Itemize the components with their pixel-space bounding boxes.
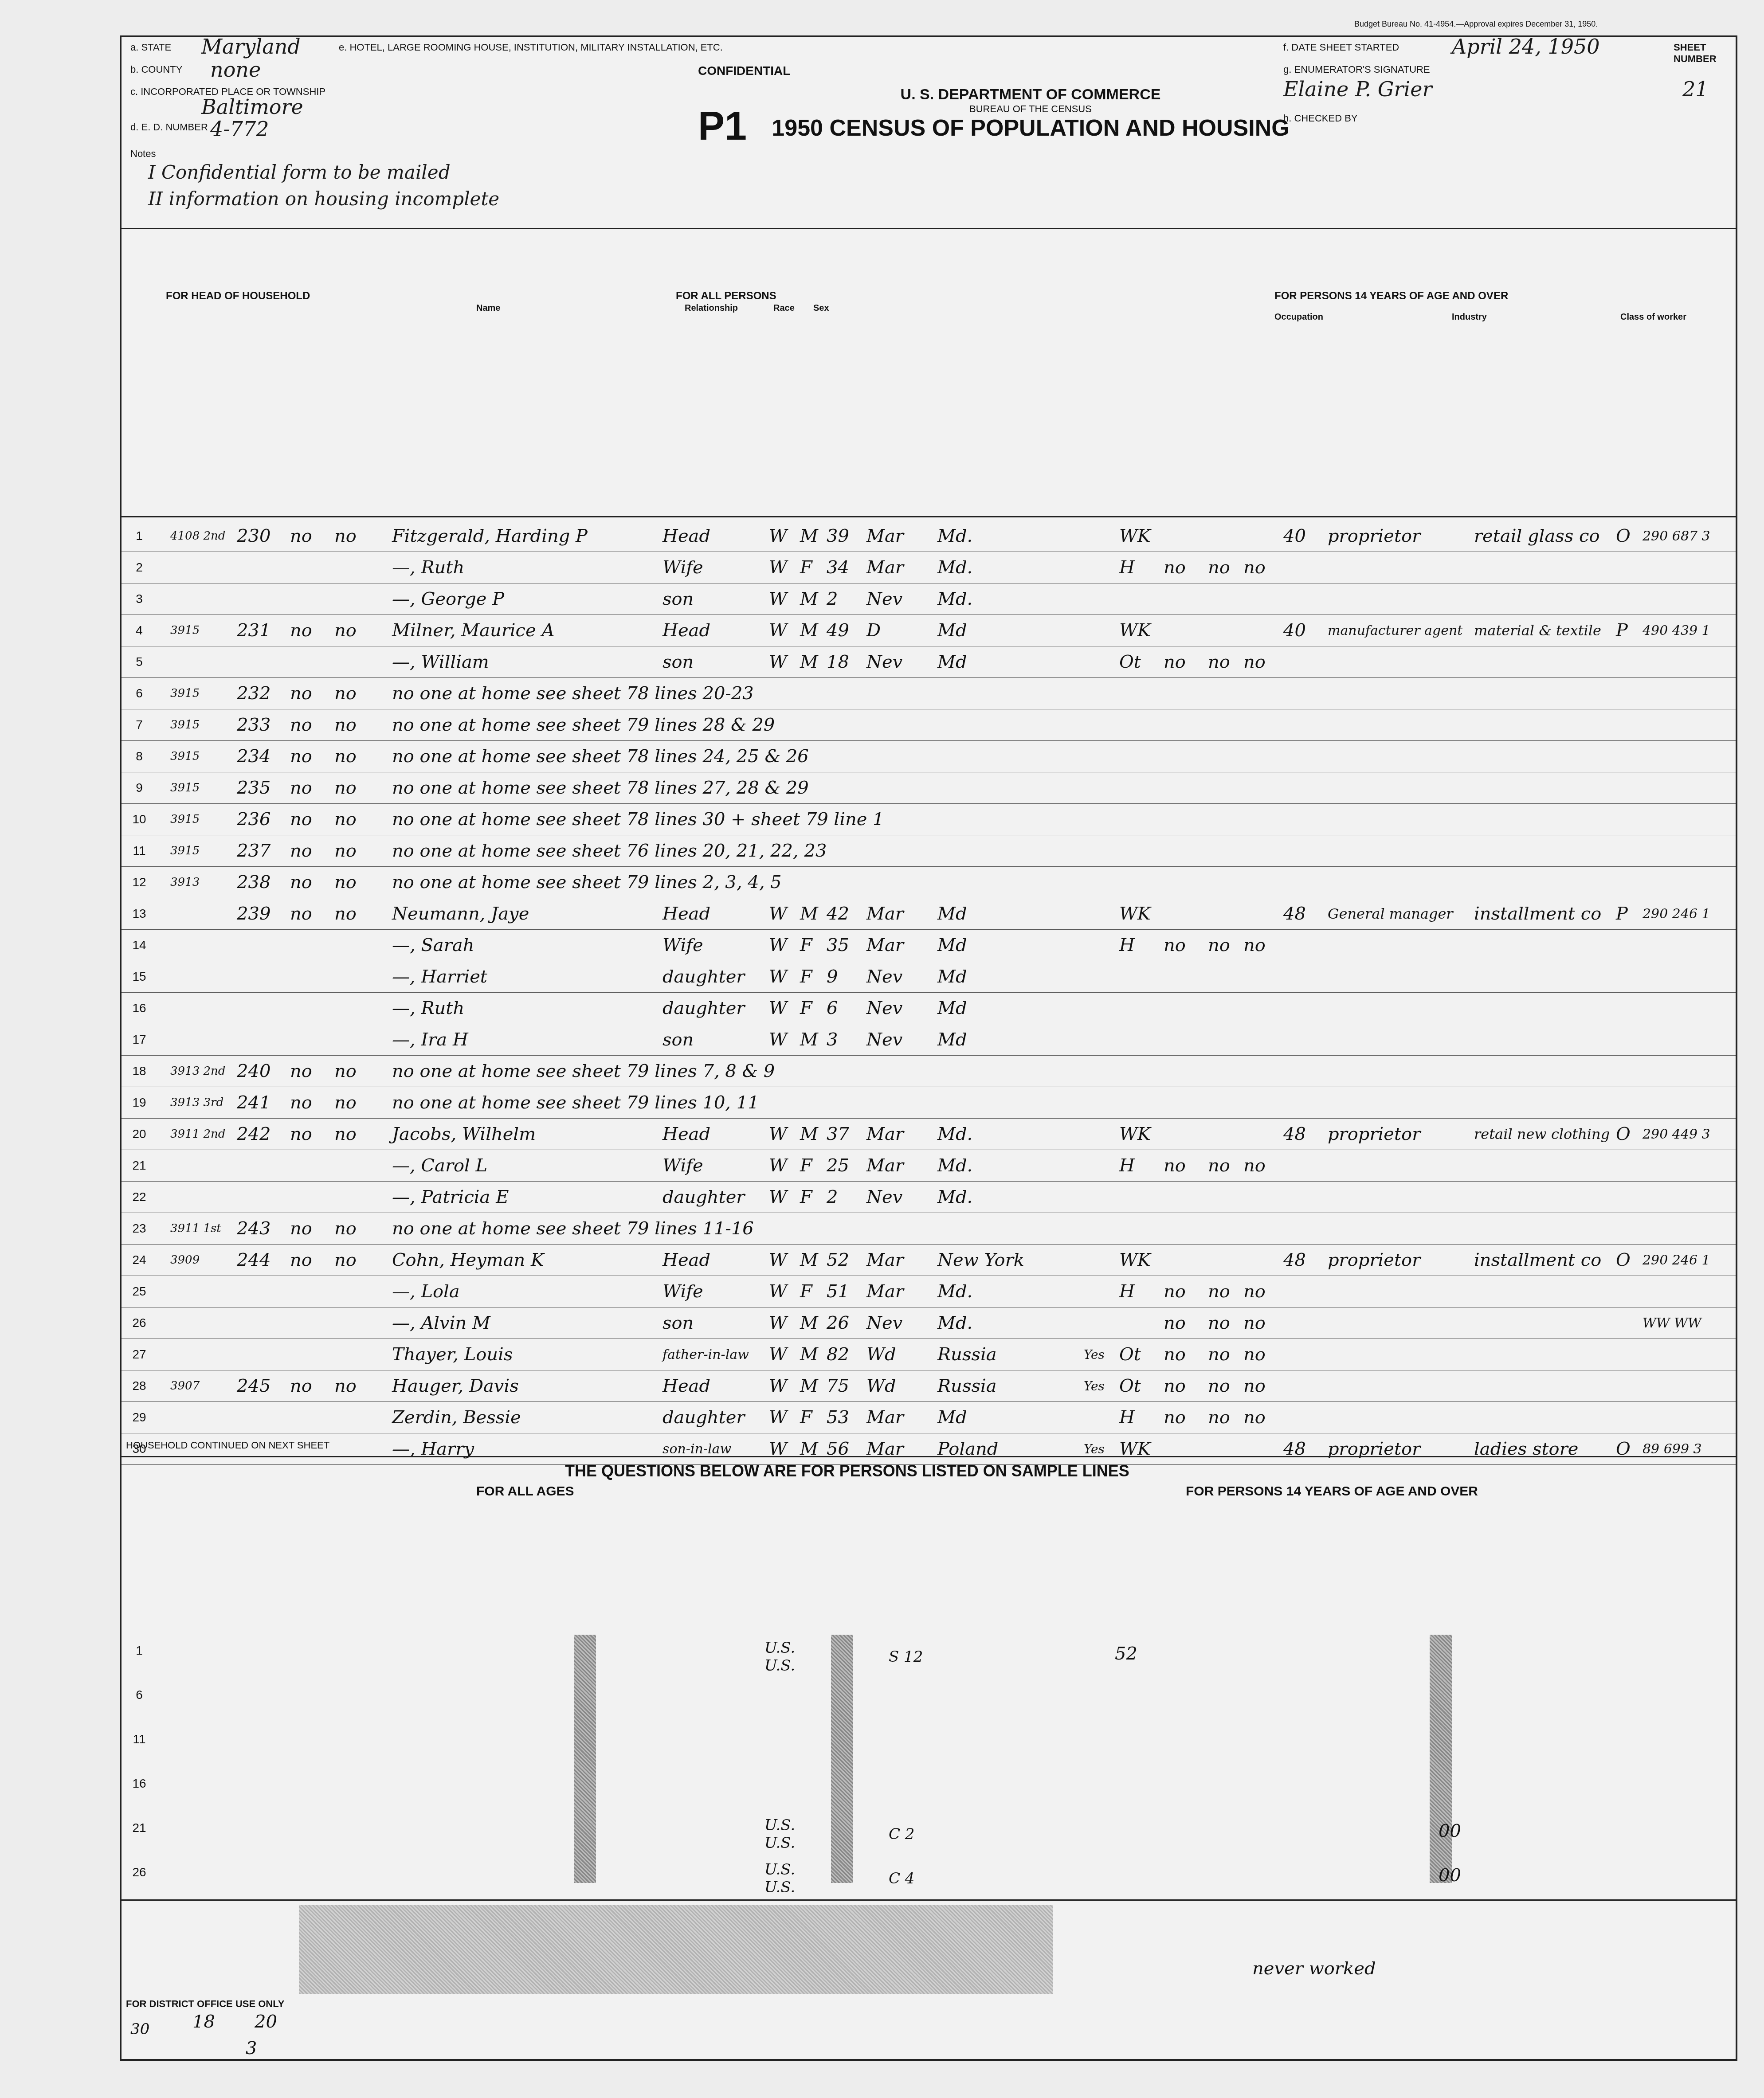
acres: no [334, 746, 357, 767]
age: 3 [827, 1029, 838, 1050]
relationship: son [662, 1313, 694, 1333]
col-class-header: Class of worker [1620, 312, 1686, 322]
county-label: b. COUNTY [130, 64, 182, 75]
occupation: proprietor [1328, 1250, 1420, 1270]
employment-status: Ot [1119, 1344, 1141, 1365]
serial-number: 233 [237, 715, 270, 735]
leave-blank-d [574, 1635, 596, 1883]
race: W [769, 1124, 787, 1144]
notes-label: Notes [130, 148, 156, 160]
mother-birthplace: U.S. [764, 1834, 795, 1852]
looking-for-work: no [1208, 1344, 1230, 1365]
person-name: —, Carol L [392, 1155, 487, 1176]
line-number: 7 [126, 718, 153, 732]
office-code: 290 449 3 [1642, 1127, 1710, 1142]
looking-for-work: no [1208, 1155, 1230, 1176]
highest-grade: C 4 [889, 1870, 914, 1887]
date-value: April 24, 1950 [1452, 35, 1600, 59]
table-row: 123913238nonono one at home see sheet 79… [122, 867, 1736, 898]
acres: no [334, 1376, 357, 1396]
sample-line-6: 6 [126, 1688, 153, 1702]
sex: M [800, 1250, 818, 1270]
person-name: Cohn, Heyman K [392, 1250, 544, 1270]
sex: F [800, 1155, 812, 1176]
table-row: 29Zerdin, BessiedaughterWF53MarMdHnonono [122, 1402, 1736, 1433]
occupation: proprietor [1328, 526, 1420, 546]
birthplace: Russia [937, 1376, 997, 1396]
birthplace: Md. [937, 1155, 972, 1176]
sheet-number-label: SHEET NUMBER [1674, 42, 1736, 65]
naturalized: Yes [1084, 1442, 1105, 1456]
age: 53 [827, 1407, 849, 1428]
hotel-label: e. HOTEL, LARGE ROOMING HOUSE, INSTITUTI… [339, 42, 723, 53]
industry: installment co [1474, 904, 1601, 924]
sample-line-number: 6 [126, 1688, 153, 1702]
has-job: no [1243, 557, 1266, 578]
sheet-number: 21 [1682, 77, 1709, 101]
acres: no [334, 841, 357, 861]
agency: U. S. DEPARTMENT OF COMMERCE [698, 86, 1363, 103]
sex: F [800, 557, 812, 578]
note-1: I Confidential form to be mailed [148, 161, 451, 183]
serial-number: 238 [237, 872, 270, 892]
vacancy-note: no one at home see sheet 78 lines 24, 25… [392, 746, 809, 767]
line-number: 25 [126, 1284, 153, 1299]
person-name: —, Ruth [392, 557, 464, 578]
has-job: no [1243, 1155, 1266, 1176]
person-name: Thayer, Louis [392, 1344, 513, 1365]
marital-status: D [866, 620, 881, 641]
line-number: 1 [126, 529, 153, 543]
age: 18 [827, 652, 849, 672]
occupation: manufacturer agent [1328, 623, 1462, 638]
line-number: 26 [126, 1316, 153, 1330]
line-number: 18 [126, 1064, 153, 1078]
looking-for-work: no [1208, 557, 1230, 578]
serial-number: 244 [237, 1250, 270, 1270]
sample-line-number: 21 [126, 1821, 153, 1835]
office-code: 290 246 1 [1642, 906, 1710, 922]
relationship: Head [662, 620, 710, 641]
employment-status: WK [1119, 1124, 1151, 1144]
vacancy-note: no one at home see sheet 79 lines 10, 11 [392, 1092, 759, 1113]
house-number: 4108 2nd [170, 529, 225, 543]
title-block: U. S. DEPARTMENT OF COMMERCE BUREAU OF T… [698, 46, 1363, 141]
class-of-worker: O [1616, 1250, 1631, 1270]
acres: no [334, 1218, 357, 1239]
leave-blank-f [1430, 1635, 1452, 1883]
father-birthplace: U.S. [764, 1639, 795, 1657]
state-value: Maryland [201, 35, 301, 59]
marital-status: Wd [866, 1344, 896, 1365]
section-14-over-sample: FOR PERSONS 14 YEARS OF AGE AND OVER [1186, 1484, 1478, 1499]
income: 00 [1439, 1821, 1461, 1841]
hours-worked: 40 [1283, 526, 1306, 546]
vacancy-note: no one at home see sheet 79 lines 2, 3, … [392, 872, 782, 892]
col-sex-header: Sex [813, 303, 829, 313]
farm: no [290, 872, 312, 892]
father-birthplace: U.S. [764, 1861, 795, 1879]
any-work: no [1164, 1155, 1186, 1176]
office-code: WW WW [1642, 1315, 1701, 1331]
relationship: Head [662, 1376, 710, 1396]
county-value: none [210, 58, 261, 82]
acres: no [334, 904, 357, 924]
birthplace: Md. [937, 1124, 972, 1144]
employment-status: WK [1119, 904, 1151, 924]
vacancy-note: no one at home see sheet 79 lines 11-16 [392, 1218, 754, 1239]
serial-number: 231 [237, 620, 270, 641]
ed-value: 4-772 [210, 117, 269, 141]
person-name: Zerdin, Bessie [392, 1407, 521, 1428]
race: W [769, 589, 787, 609]
sex: F [800, 998, 812, 1018]
table-row: 3 —, George P son W M 2 Nev Md. [122, 583, 1736, 615]
state-label: a. STATE [130, 42, 171, 53]
district-office-label: FOR DISTRICT OFFICE USE ONLY [126, 1998, 284, 2010]
table-row: 27Thayer, Louisfather-in-lawWM82WdRussia… [122, 1339, 1736, 1370]
table-row: 193913 3rd241nonono one at home see shee… [122, 1087, 1736, 1119]
birthplace: Md [937, 998, 967, 1018]
age: 35 [827, 935, 849, 955]
has-job: no [1243, 652, 1266, 672]
table-row: 103915236nonono one at home see sheet 78… [122, 804, 1736, 835]
note-2: II information on housing incomplete [148, 188, 499, 210]
any-work: no [1164, 1313, 1186, 1333]
date-label: f. DATE SHEET STARTED [1283, 42, 1399, 53]
sex: M [800, 652, 818, 672]
count-persons: 18 [192, 2012, 215, 2032]
table-row: 4 3915 231 no no Milner, Maurice A Head … [122, 615, 1736, 646]
person-name: —, Harriet [392, 967, 487, 987]
any-work: no [1164, 1376, 1186, 1396]
house-number: 3915 [170, 624, 200, 637]
table-row: 16—, RuthdaughterWF6NevMd [122, 993, 1736, 1024]
sample-line-16: 16 [126, 1777, 153, 1791]
income: 00 [1439, 1865, 1461, 1886]
race: W [769, 1155, 787, 1176]
class-of-worker: P [1616, 620, 1628, 641]
house-number: 3907 [170, 1379, 200, 1393]
person-name: —, George P [392, 589, 504, 609]
line-number: 17 [126, 1033, 153, 1047]
population-grid: FOR HEAD OF HOUSEHOLD FOR ALL PERSONS FO… [122, 286, 1736, 1456]
farm: no [290, 778, 312, 798]
person-name: —, Alvin M [392, 1313, 490, 1333]
birthplace: Md [937, 652, 967, 672]
marital-status: Mar [866, 1250, 904, 1270]
table-row: 73915233nonono one at home see sheet 79 … [122, 709, 1736, 741]
line-number: 6 [126, 686, 153, 701]
line-number: 19 [126, 1096, 153, 1110]
line-number: 22 [126, 1190, 153, 1204]
line-number: 8 [126, 749, 153, 763]
house-number: 3913 3rd [170, 1096, 223, 1109]
line-number: 9 [126, 781, 153, 795]
line-number: 24 [126, 1253, 153, 1267]
birthplace: Md [937, 620, 967, 641]
line-number: 28 [126, 1379, 153, 1393]
marital-status: Mar [866, 557, 904, 578]
col-industry-header: Industry [1452, 312, 1487, 322]
any-work: no [1164, 652, 1186, 672]
marital-status: Nev [866, 998, 902, 1018]
table-row: 113915237nonono one at home see sheet 76… [122, 835, 1736, 867]
age: 51 [827, 1281, 849, 1302]
has-job: no [1243, 1313, 1266, 1333]
relationship: son [662, 1029, 694, 1050]
race: W [769, 1313, 787, 1333]
acres: no [334, 683, 357, 704]
age: 2 [827, 1187, 838, 1207]
serial-number: 245 [237, 1376, 270, 1396]
serial-number: 242 [237, 1124, 270, 1144]
sex: F [800, 1281, 812, 1302]
highest-grade: S 12 [889, 1648, 923, 1666]
farm: no [290, 746, 312, 767]
birthplace: Md [937, 1407, 967, 1428]
farm: no [290, 841, 312, 861]
weeks-worked: 52 [1115, 1644, 1137, 1664]
table-row: 183913 2nd240nonono one at home see shee… [122, 1056, 1736, 1087]
sample-line-number: 1 [126, 1644, 153, 1658]
marital-status: Mar [866, 1124, 904, 1144]
naturalized: Yes [1084, 1379, 1105, 1393]
has-job: no [1243, 1344, 1266, 1365]
birthplace: Md [937, 967, 967, 987]
employment-status: H [1119, 935, 1135, 955]
serial-number: 235 [237, 778, 270, 798]
farm: no [290, 683, 312, 704]
relationship: Wife [662, 1281, 703, 1302]
person-name: —, Ira H [392, 1029, 468, 1050]
sex: M [800, 1344, 818, 1365]
acres: no [334, 809, 357, 830]
serial-number: 234 [237, 746, 270, 767]
table-row: 2 —, Ruth Wife W F 34 Mar Md. H no no no [122, 552, 1736, 583]
any-work: no [1164, 1281, 1186, 1302]
line-number: 10 [126, 812, 153, 826]
serial-number: 243 [237, 1218, 270, 1239]
house-number: 3915 [170, 750, 200, 763]
leave-blank-e [831, 1635, 853, 1883]
person-name: —, Ruth [392, 998, 464, 1018]
employment-status: Ot [1119, 652, 1141, 672]
relationship: daughter [662, 967, 745, 987]
table-row: 283907245nonoHauger, DavisHeadWM75WdRuss… [122, 1370, 1736, 1402]
office-code: 89 699 3 [1642, 1441, 1702, 1457]
farm: no [290, 809, 312, 830]
looking-for-work: no [1208, 1313, 1230, 1333]
enumerator-label: g. ENUMERATOR'S SIGNATURE [1283, 64, 1430, 75]
marital-status: Nev [866, 1029, 902, 1050]
serial-number: 241 [237, 1092, 270, 1113]
line-number: 2 [126, 560, 153, 575]
race: W [769, 904, 787, 924]
relationship: daughter [662, 1407, 745, 1428]
hours-worked: 48 [1283, 904, 1306, 924]
farm: no [290, 1092, 312, 1113]
age: 34 [827, 557, 849, 578]
sex: M [800, 1124, 818, 1144]
person-name: —, Sarah [392, 935, 474, 955]
sex: M [800, 904, 818, 924]
race: W [769, 652, 787, 672]
vacancy-note: no one at home see sheet 78 lines 30 + s… [392, 809, 884, 830]
vacancy-note: no one at home see sheet 78 lines 27, 28… [392, 778, 809, 798]
mother-birthplace: U.S. [764, 1657, 795, 1675]
vacancy-note: no one at home see sheet 78 lines 20-23 [392, 683, 754, 704]
father-birthplace: U.S. [764, 1816, 795, 1834]
relationship: Wife [662, 1155, 703, 1176]
line-number: 5 [126, 655, 153, 669]
form-header: a. STATE Maryland b. COUNTY none c. INCO… [122, 37, 1736, 229]
relationship: son [662, 652, 694, 672]
serial-number: 237 [237, 841, 270, 861]
looking-for-work: no [1208, 1407, 1230, 1428]
any-work: no [1164, 557, 1186, 578]
has-job: no [1243, 1376, 1266, 1396]
table-row: 21—, Carol LWifeWF25MarMd.Hnonono [122, 1150, 1736, 1182]
col-relationship-header: Relationship [685, 303, 738, 313]
table-row: 15—, HarrietdaughterWF9NevMd [122, 961, 1736, 993]
sample-line-number: 16 [126, 1777, 153, 1791]
table-row: 20 3911 2nd 242 no no Jacobs, Wilhelm He… [122, 1119, 1736, 1150]
birthplace: Md [937, 1029, 967, 1050]
relationship: daughter [662, 998, 745, 1018]
form-id: P1 [698, 104, 747, 149]
section-for-all-ages: FOR ALL AGES [476, 1484, 574, 1499]
table-row: 233911 1st243nonono one at home see shee… [122, 1213, 1736, 1245]
farm: no [290, 620, 312, 641]
acres: no [334, 1250, 357, 1270]
sex: F [800, 967, 812, 987]
relationship: Head [662, 526, 710, 546]
birthplace: Md [937, 935, 967, 955]
line-number: 16 [126, 1001, 153, 1015]
employment-status: WK [1119, 620, 1151, 641]
person-name: —, Patricia E [392, 1187, 509, 1207]
sex: M [800, 526, 818, 546]
person-rows: 1 4108 2nd 230 no no Fitzgerald, Harding… [122, 521, 1736, 1465]
acres: no [334, 620, 357, 641]
has-job: no [1243, 1281, 1266, 1302]
sex: F [800, 1187, 812, 1207]
person-name: —, William [392, 652, 489, 672]
col-occupation-header: Occupation [1274, 312, 1323, 322]
count-lines: 30 [130, 2020, 149, 2038]
has-job: no [1243, 1407, 1266, 1428]
relationship: son [662, 589, 694, 609]
age: 39 [827, 526, 849, 546]
person-name: Jacobs, Wilhelm [392, 1124, 536, 1144]
birthplace: Md. [937, 1281, 972, 1302]
occupation: proprietor [1328, 1124, 1420, 1144]
age: 42 [827, 904, 849, 924]
marital-status: Nev [866, 967, 902, 987]
line-number: 23 [126, 1221, 153, 1236]
race: W [769, 1281, 787, 1302]
hours-worked: 48 [1283, 1124, 1306, 1144]
person-name: Fitzgerald, Harding P [392, 526, 588, 546]
looking-for-work: no [1208, 1376, 1230, 1396]
birthplace: Md. [937, 557, 972, 578]
class-of-worker: O [1616, 1124, 1631, 1144]
census-sheet: a. STATE Maryland b. COUNTY none c. INCO… [120, 35, 1737, 2061]
household-continued: HOUSEHOLD CONTINUED ON NEXT SHEET [126, 1440, 329, 1451]
age: 49 [827, 620, 849, 641]
col-race-header: Race [773, 303, 795, 313]
race: W [769, 620, 787, 641]
class-of-worker: O [1616, 526, 1631, 546]
section-14-over: FOR PERSONS 14 YEARS OF AGE AND OVER [1274, 290, 1508, 302]
relationship: Head [662, 904, 710, 924]
sample-section-title: THE QUESTIONS BELOW ARE FOR PERSONS LIST… [565, 1462, 1129, 1480]
marital-status: Mar [866, 1155, 904, 1176]
race: W [769, 967, 787, 987]
house-number: 3915 [170, 718, 200, 732]
age: 75 [827, 1376, 849, 1396]
line-number: 21 [126, 1159, 153, 1173]
sample-line-number: 26 [126, 1865, 153, 1879]
table-row: 26—, Alvin MsonWM26NevMd.nononoWW WW [122, 1307, 1736, 1339]
relationship: father-in-law [662, 1347, 749, 1362]
house-number: 3915 [170, 813, 200, 826]
person-name: Milner, Maurice A [392, 620, 554, 641]
marital-status: Wd [866, 1376, 896, 1396]
acres: no [334, 715, 357, 735]
acres: no [334, 526, 357, 546]
age: 2 [827, 589, 838, 609]
serial-number: 230 [237, 526, 270, 546]
marital-status: Mar [866, 935, 904, 955]
race: W [769, 526, 787, 546]
section-all-persons: FOR ALL PERSONS [676, 290, 776, 302]
col-name-header: Name [476, 303, 500, 313]
line-number: 3 [126, 592, 153, 606]
table-row: 22—, Patricia EdaughterWF2NevMd. [122, 1182, 1736, 1213]
census-page: a. STATE Maryland b. COUNTY none c. INCO… [0, 0, 1764, 2098]
marital-status: Nev [866, 1187, 902, 1207]
relationship: Head [662, 1124, 710, 1144]
bureau: BUREAU OF THE CENSUS [698, 103, 1363, 115]
relationship: Wife [662, 935, 703, 955]
column-headers: FOR HEAD OF HOUSEHOLD FOR ALL PERSONS FO… [122, 286, 1736, 517]
acres: no [334, 778, 357, 798]
sample-line-26: 26 U.S. U.S. C 4 00 [126, 1865, 1722, 1879]
count-extra: 3 [246, 2038, 257, 2059]
race: W [769, 557, 787, 578]
marital-status: Nev [866, 1313, 902, 1333]
serial-number: 239 [237, 904, 270, 924]
relationship: Head [662, 1250, 710, 1270]
relationship: Wife [662, 557, 703, 578]
table-row: 63915232nonono one at home see sheet 78 … [122, 678, 1736, 709]
industry: installment co [1474, 1250, 1601, 1270]
birthplace: Md. [937, 526, 972, 546]
sex: F [800, 935, 812, 955]
farm: no [290, 1218, 312, 1239]
section-head-of-household: FOR HEAD OF HOUSEHOLD [166, 290, 310, 302]
farm: no [290, 1376, 312, 1396]
person-name: —, Lola [392, 1281, 460, 1302]
acres: no [334, 1061, 357, 1081]
farm: no [290, 1124, 312, 1144]
office-code: 290 246 1 [1642, 1253, 1710, 1268]
house-number: 3913 2nd [170, 1065, 225, 1078]
serial-number: 240 [237, 1061, 270, 1081]
marital-status: Mar [866, 526, 904, 546]
